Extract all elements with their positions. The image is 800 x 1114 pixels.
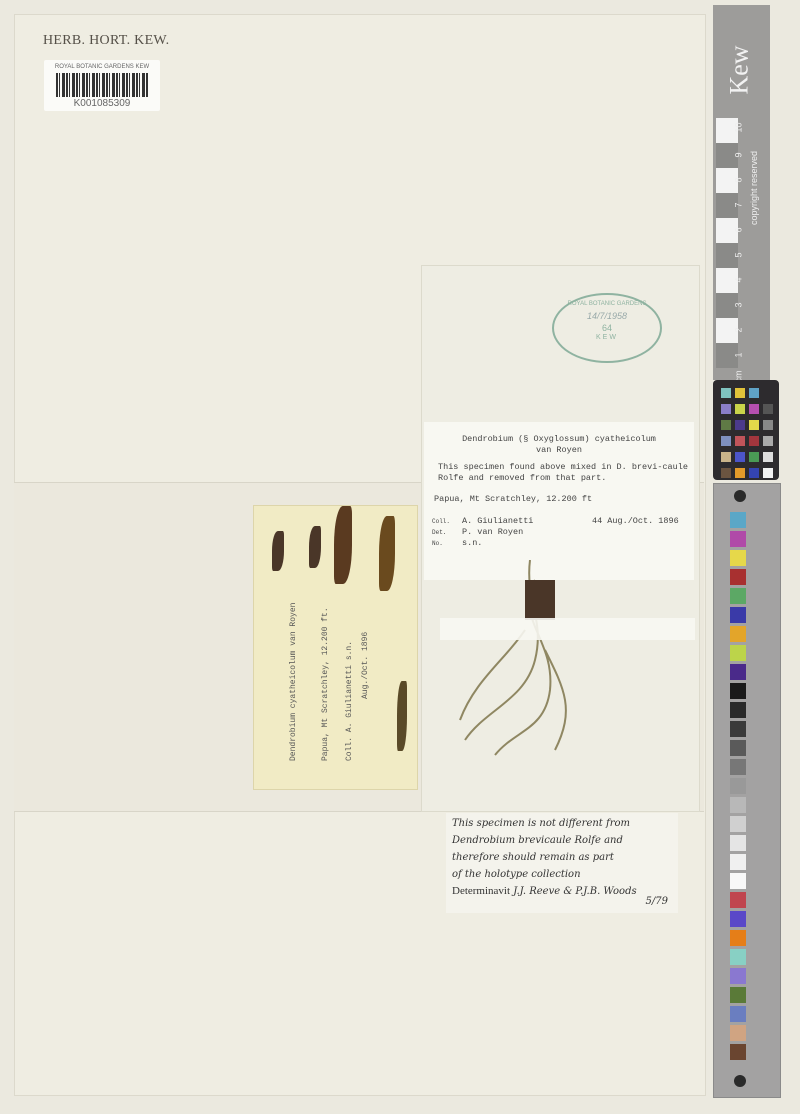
color-patch [730,1006,746,1022]
color-patch [721,468,731,478]
row-value: A. Giulianetti [462,516,592,527]
determination-slip: This specimen is not different from Dend… [446,813,678,913]
leaf-fragment [379,516,395,591]
color-patch [730,512,746,528]
color-patch [730,721,746,737]
color-patch [749,452,759,462]
det-line: of the holotype collection [452,866,678,883]
color-patch [763,420,773,430]
stamp-line: ROYAL BOTANIC GARDENS [554,301,660,307]
label-title: Dendrobium (§ Oxyglossum) cyatheicolum v… [424,434,694,456]
color-patch [721,404,731,414]
color-patch [721,388,731,398]
color-patch [749,436,759,446]
specimen-roots [455,560,595,760]
color-patch [749,468,759,478]
scale-number: 5 [734,244,759,258]
color-patch [735,468,745,478]
color-patch [730,683,746,699]
scale-bar: Kew 10 9 8 7 6 5 4 3 2 1 cm copyright re… [713,5,770,380]
color-patch [749,420,759,430]
color-patch [730,778,746,794]
label-row: Coll. A. Giulianetti 44 Aug./Oct. 1896 [432,516,694,527]
det-line: This specimen is not different from [452,815,678,832]
color-patch [730,968,746,984]
det-line: Dendrobium brevicaule Rolfe and [452,832,678,849]
det-date: 5/79 [646,896,668,907]
scale-number: 3 [734,294,759,308]
color-patch [735,420,745,430]
color-patch [763,468,773,478]
color-patch [730,1025,746,1041]
color-patch [721,420,731,430]
kew-stamp: ROYAL BOTANIC GARDENS 14/7/1958 64 KEW [552,293,662,363]
scale-number: 4 [734,269,759,283]
card-line: Dendrobium cyatheicolum van Royen [289,603,298,761]
color-patch [730,607,746,623]
color-patch [735,388,745,398]
det-label: Determinavit [452,885,510,897]
leaf-fragment [334,506,352,584]
color-patch [730,797,746,813]
scale-number: 1 [734,344,759,358]
color-patch [763,388,773,398]
stamp-line: 64 [554,323,660,333]
color-patch [730,588,746,604]
barcode-org: ROYAL BOTANIC GARDENS KEW [44,64,160,70]
color-patch [763,436,773,446]
label-row: No. s.n. [432,538,694,549]
color-patch [749,388,759,398]
color-patch [730,531,746,547]
barcode-label: ROYAL BOTANIC GARDENS KEW K001085309 [44,60,160,111]
color-patch [749,404,759,414]
row-value: s.n. [462,538,592,549]
label-row: Det. P. van Royen [432,527,694,538]
typed-specimen-label: Dendrobium (§ Oxyglossum) cyatheicolum v… [424,422,694,580]
color-patch [730,645,746,661]
row-key: Det. [432,527,462,538]
color-patch [730,854,746,870]
leaf-fragment [309,526,321,568]
color-patch [730,949,746,965]
color-patch [735,452,745,462]
scale-number: 10 [734,119,759,133]
stamp-line: KEW [554,334,660,341]
label-note: This specimen found above mixed in D. br… [438,462,694,484]
color-patch [735,436,745,446]
hole-icon [734,1075,746,1087]
det-line: therefore should remain as part [452,849,678,866]
fragment-card: Dendrobium cyatheicolum van Royen Papua,… [253,505,418,790]
kew-logo: Kew [724,45,754,94]
tape-strip [440,618,695,640]
color-strip [713,483,781,1098]
color-patch [763,452,773,462]
color-patch [730,626,746,642]
copyright-text: copyright reserved [749,151,759,225]
species-name: Dendrobium (§ Oxyglossum) cyatheicolum [424,434,694,445]
species-author: van Royen [424,445,694,456]
row-extra: 44 Aug./Oct. 1896 [592,516,679,527]
color-patch [730,892,746,908]
leaf-fragment [272,531,284,571]
leaf-fragment [397,681,407,751]
label-locality: Papua, Mt Scratchley, 12.200 ft [434,494,694,504]
color-patch [730,702,746,718]
color-patch [721,436,731,446]
barcode-number: K001085309 [44,98,160,109]
color-patch [730,664,746,680]
card-line: Aug./Oct. 1896 [361,632,370,699]
color-patch [730,911,746,927]
color-patch [730,1044,746,1060]
color-patch [730,930,746,946]
barcode-icon [56,73,148,97]
scale-number: 2 [734,319,759,333]
color-patch [730,873,746,889]
color-patch [730,550,746,566]
color-patch [730,740,746,756]
color-patch [721,452,731,462]
color-patch [735,404,745,414]
row-key: No. [432,538,462,549]
card-line: Coll. A. Giulianetti s.n. [345,641,354,761]
det-names: J.J. Reeve & P.J.B. Woods [513,886,636,897]
hole-icon [734,490,746,502]
color-patch [730,569,746,585]
herbarium-title: HERB. HORT. KEW. [43,33,169,49]
color-patch [763,404,773,414]
card-line: Papua, Mt Scratchley, 12.200 ft. [321,607,330,761]
stamp-line: 14/7/1958 [554,311,660,321]
color-patch [730,835,746,851]
color-patch [730,987,746,1003]
color-patch [730,759,746,775]
row-value: P. van Royen [462,527,592,538]
color-checker [713,380,779,480]
color-patch [730,816,746,832]
row-key: Coll. [432,516,462,527]
